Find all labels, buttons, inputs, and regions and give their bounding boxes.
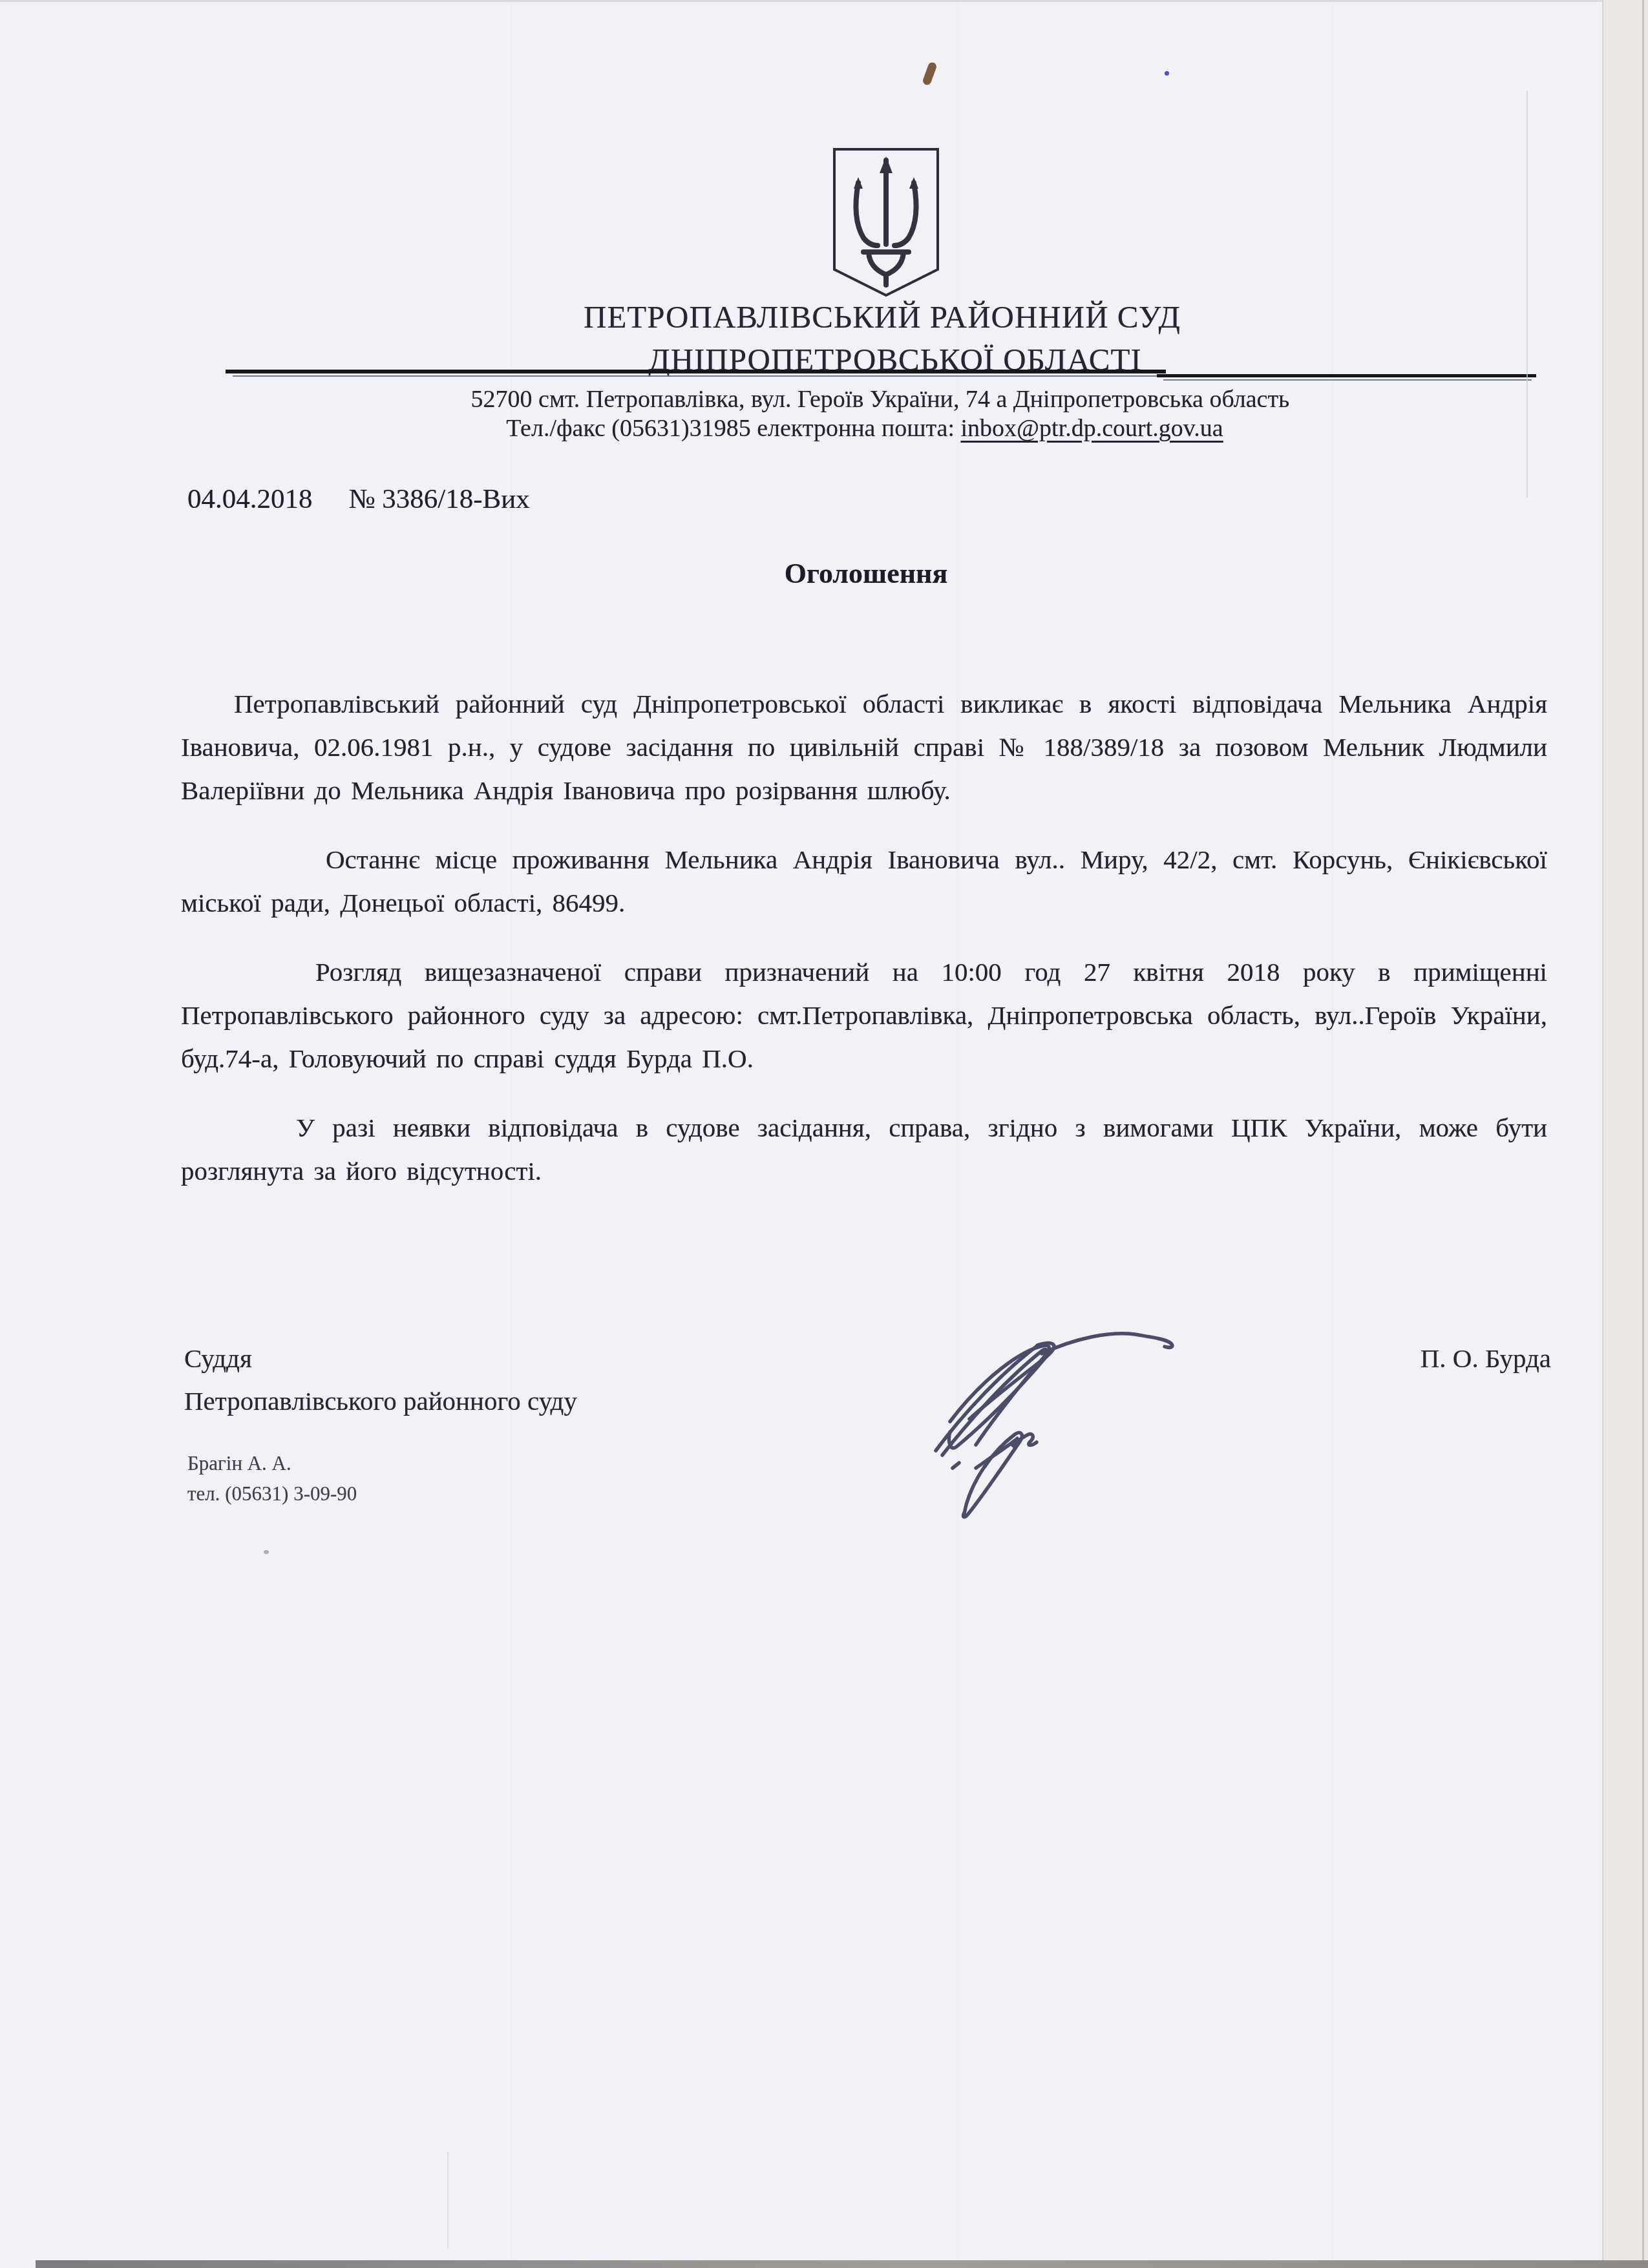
clerk-phone: тел. (05631) 3-09-90 <box>187 1482 357 1506</box>
paper-speck <box>264 1550 269 1554</box>
ink-dot <box>1165 71 1169 76</box>
paragraph-summons: Петропавлівський районний суд Дніпропетр… <box>181 682 1547 812</box>
scan-right-edge <box>1602 0 1648 2268</box>
paragraph-absence: У разі неявки відповідача в судове засід… <box>181 1106 1547 1193</box>
clerk-name: Брагін А. А. <box>187 1452 291 1475</box>
judge-court-line: Петропавлівського районного суду <box>184 1385 577 1416</box>
pen-mark <box>922 61 938 86</box>
paragraph-residence: Останнє місце проживання Мельника Андрія… <box>181 838 1547 925</box>
reference-line: 04.04.2018№ 3386/18-Вих <box>187 483 530 515</box>
ref-date: 04.04.2018 <box>187 484 313 514</box>
tryzub-emblem-icon <box>832 147 940 297</box>
ref-number: № 3386/18-Вих <box>349 484 530 514</box>
header-address: 52700 смт. Петропавлівка, вул. Героїв Ук… <box>234 385 1527 414</box>
judge-label: Суддя <box>184 1343 252 1374</box>
email-text: inbox@ptr.dp.court.gov.ua <box>961 415 1223 442</box>
phone-fax-text: Тел./факс (05631)31985 електронна пошта: <box>506 415 960 442</box>
signature-scribble <box>892 1305 1215 1551</box>
header-rule-accent <box>233 375 1157 377</box>
header-rule-left <box>226 370 1166 373</box>
header-phone-line: Тел./факс (05631)31985 електронна пошта:… <box>218 414 1511 443</box>
scanned-court-letter-page: ПЕТРОПАВЛІВСЬКИЙ РАЙОННИЙ СУД ДНІПРОПЕТР… <box>0 0 1648 2268</box>
paragraph-hearing: Розгляд вищезазначеної справи призначени… <box>181 950 1547 1080</box>
scan-bottom-edge <box>36 2260 1648 2268</box>
scan-line-right <box>1527 90 1528 498</box>
announcement-title: Оголошення <box>672 557 1060 590</box>
document-body: Петропавлівський районний суд Дніпропетр… <box>181 682 1547 1219</box>
scan-top-edge <box>0 0 1648 2</box>
scan-right-edge-line <box>1642 0 1644 2268</box>
header-rule-right <box>1157 374 1536 377</box>
judge-name: П. О. Бурда <box>1286 1343 1551 1374</box>
header-rule-accent2 <box>1163 379 1532 381</box>
court-name-line1: ПЕТРОПАВЛІВСЬКИЙ РАЙОННИЙ СУД <box>236 299 1528 335</box>
scan-line-bottom <box>447 2152 449 2249</box>
